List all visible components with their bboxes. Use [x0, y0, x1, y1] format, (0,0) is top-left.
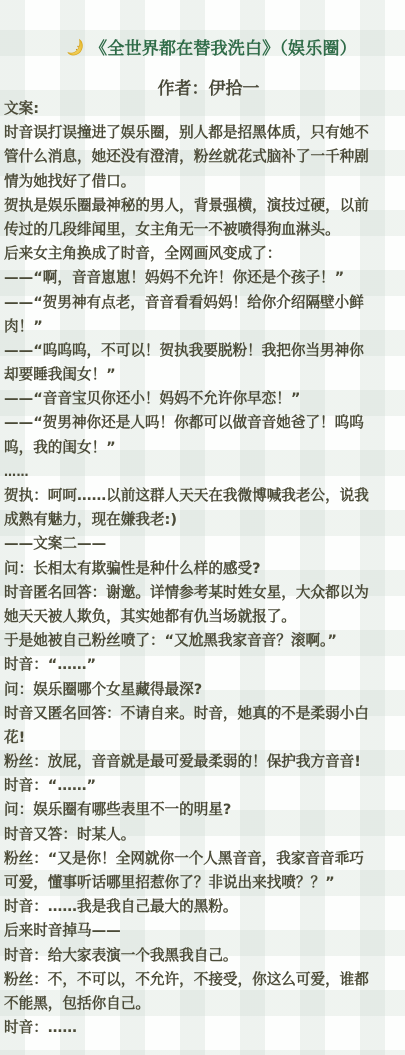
text-line: ——“啊，音音崽崽！妈妈不允许！你还是个孩子！”: [4, 266, 402, 290]
crescent-moon-icon: [66, 37, 86, 57]
author-line: 作者：伊拾一: [0, 74, 405, 99]
text-line: 呜，我的闺女！”: [4, 436, 402, 460]
text-line: 后来时音掉马——: [4, 919, 402, 943]
synopsis-body: 文案: 时音误打误撞进了娱乐圈，别人都是招黑体质，只有她不 管什么消息，她还没有…: [4, 97, 402, 1040]
text-line: 问：长相太有欺骗性是种什么样的感受?: [4, 557, 402, 581]
text-line: ——“贺男神有点老，音音看看妈妈！给你介绍隔壁小鲜: [4, 291, 402, 315]
text-line: 时音误打误撞进了娱乐圈，别人都是招黑体质，只有她不: [4, 121, 402, 145]
text-line: 她天天被人欺负，其实她都有仇当场就报了。: [4, 605, 402, 629]
text-line: 肉！”: [4, 315, 402, 339]
text-line: 粉丝：“又是你！全网就你一个人黑音音，我家音音乖巧: [4, 847, 402, 871]
text-line: 时音：“……”: [4, 653, 402, 677]
text-line: 文案:: [4, 97, 402, 121]
text-line: ——“音音宝贝你还小！妈妈不允许你早恋！”: [4, 387, 402, 411]
text-line: 时音匿名回答：谢邀。详情参考某时姓女星，大众都以为: [4, 581, 402, 605]
text-line: 贺执是娱乐圈最神秘的男人，背景强横，演技过硬，以前: [4, 194, 402, 218]
text-line: 粉丝：放屁，音音就是最可爱最柔弱的！保护我方音音!: [4, 750, 402, 774]
text-line: ——“呜呜呜，不可以！贺执我要脱粉！我把你当男神你: [4, 339, 402, 363]
text-line: 情为她找好了借口。: [4, 170, 402, 194]
text-line: 时音又答：时某人。: [4, 823, 402, 847]
text-line: 时音：……我是我自己最大的黑粉。: [4, 895, 402, 919]
text-line: 问：娱乐圈哪个女星藏得最深?: [4, 678, 402, 702]
text-line: 成熟有魅力，现在嫌我老:): [4, 508, 402, 532]
text-line: 贺执：呵呵……以前这群人天天在我微博喊我老公，说我: [4, 484, 402, 508]
text-line: 花!: [4, 726, 402, 750]
title-row: 《全世界都在替我洗白》（娱乐圈）: [0, 34, 405, 58]
text-line: 时音：……: [4, 1016, 402, 1040]
section-divider: ——文案二——: [4, 532, 402, 556]
text-line: 时音又匿名回答：不请自来。时音，她真的不是柔弱小白: [4, 702, 402, 726]
text-line: 却要睡我闺女！”: [4, 363, 402, 387]
text-line: 于是她被自己粉丝喷了：“又尬黑我家音音？滚啊。”: [4, 629, 402, 653]
text-line: 传过的几段绯闻里，女主角无一不被喷得狗血淋头。: [4, 218, 402, 242]
text-line: 管什么消息，她还没有澄清，粉丝就花式脑补了一千种剧: [4, 145, 402, 169]
text-line: 可爱，懂事听话哪里招惹你了？非说出来找喷？？”: [4, 871, 402, 895]
text-line: ——“贺男神你还是人吗！你都可以做音音她爸了！呜呜: [4, 411, 402, 435]
text-line: 后来女主角换成了时音，全网画风变成了：: [4, 242, 402, 266]
text-line: 时音：“……”: [4, 774, 402, 798]
text-line: 粉丝：不，不可以，不允许，不接受，你这么可爱，谁都: [4, 968, 402, 992]
book-title: 《全世界都在替我洗白》（娱乐圈）: [90, 34, 357, 59]
title-container: 《全世界都在替我洗白》（娱乐圈）: [66, 34, 357, 59]
text-line: 问：娱乐圈有哪些表里不一的明星?: [4, 798, 402, 822]
ellipsis-line: ……: [4, 460, 402, 484]
text-line: 时音：给大家表演一个我黑我自己。: [4, 944, 402, 968]
text-line: 不能黑，包括你自己。: [4, 992, 402, 1016]
